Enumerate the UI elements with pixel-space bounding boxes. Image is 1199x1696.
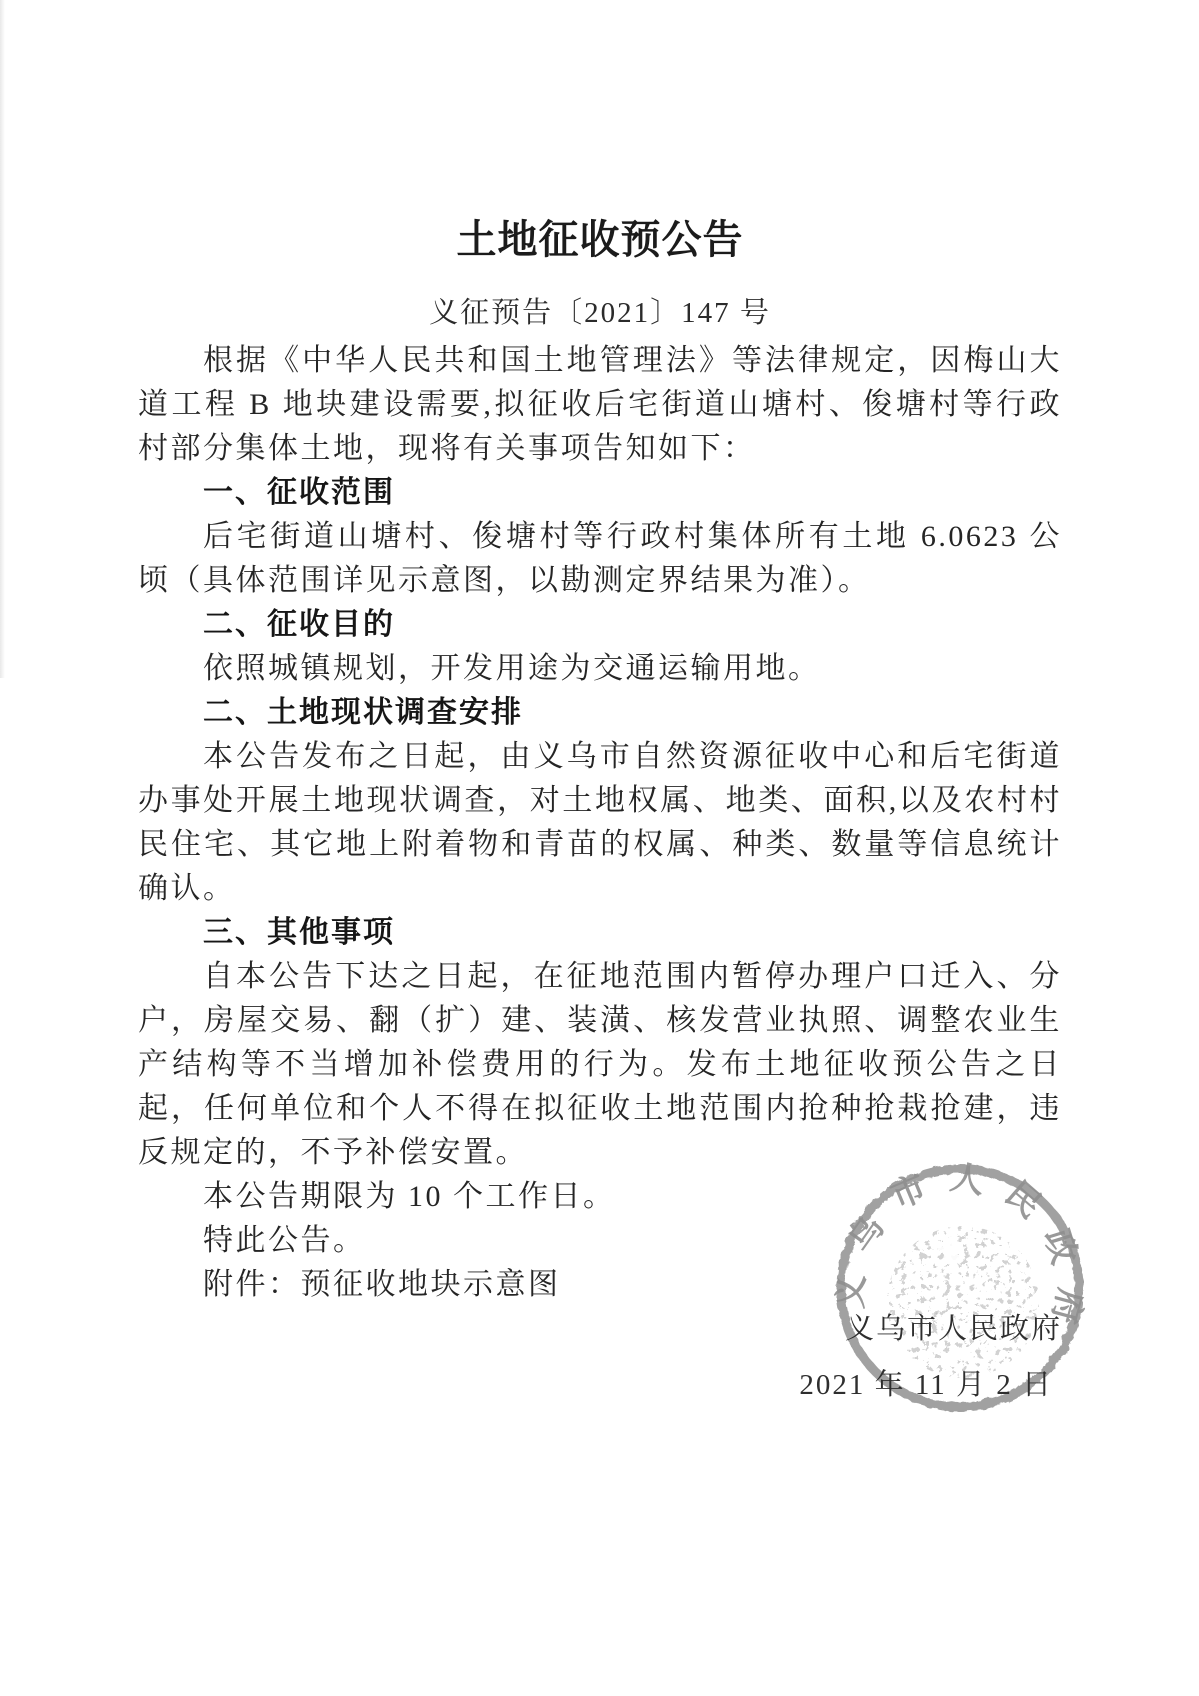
document-number: 义征预告〔2021〕147 号	[138, 296, 1062, 330]
document-title: 土地征收预公告	[138, 214, 1062, 266]
paragraph-purpose: 依照城镇规划，开发用途为交通运输用地。	[138, 647, 1062, 691]
paragraph-intro: 根据《中华人民共和国土地管理法》等法律规定，因梅山大道工程 B 地块建设需要,拟…	[138, 339, 1062, 471]
section-heading-purpose: 二、征收目的	[138, 603, 1062, 647]
section-heading-scope: 一、征收范围	[138, 471, 1062, 515]
signature-block: 义乌市人民政府 2021 年 11 月 2 日	[138, 1309, 1062, 1405]
section-heading-other: 三、其他事项	[138, 911, 1062, 955]
paragraph-survey: 本公告发布之日起，由义乌市自然资源征收中心和后宅街道办事处开展土地现状调查，对土…	[138, 735, 1062, 911]
section-heading-survey: 二、土地现状调查安排	[138, 691, 1062, 735]
issue-date: 2021 年 11 月 2 日	[138, 1365, 1062, 1405]
issuer-signature: 义乌市人民政府	[138, 1309, 1062, 1349]
document-page: 义乌市人民政府 土地征收预公告 义征预告〔2021〕147 号 根据《中华人民共…	[0, 0, 1199, 1696]
paragraph-scope: 后宅街道山塘村、俊塘村等行政村集体所有土地 6.0623 公顷（具体范围详见示意…	[138, 515, 1062, 603]
paragraph-other: 自本公告下达之日起，在征地范围内暂停办理户口迁入、分户，房屋交易、翻（扩）建、装…	[138, 955, 1062, 1175]
